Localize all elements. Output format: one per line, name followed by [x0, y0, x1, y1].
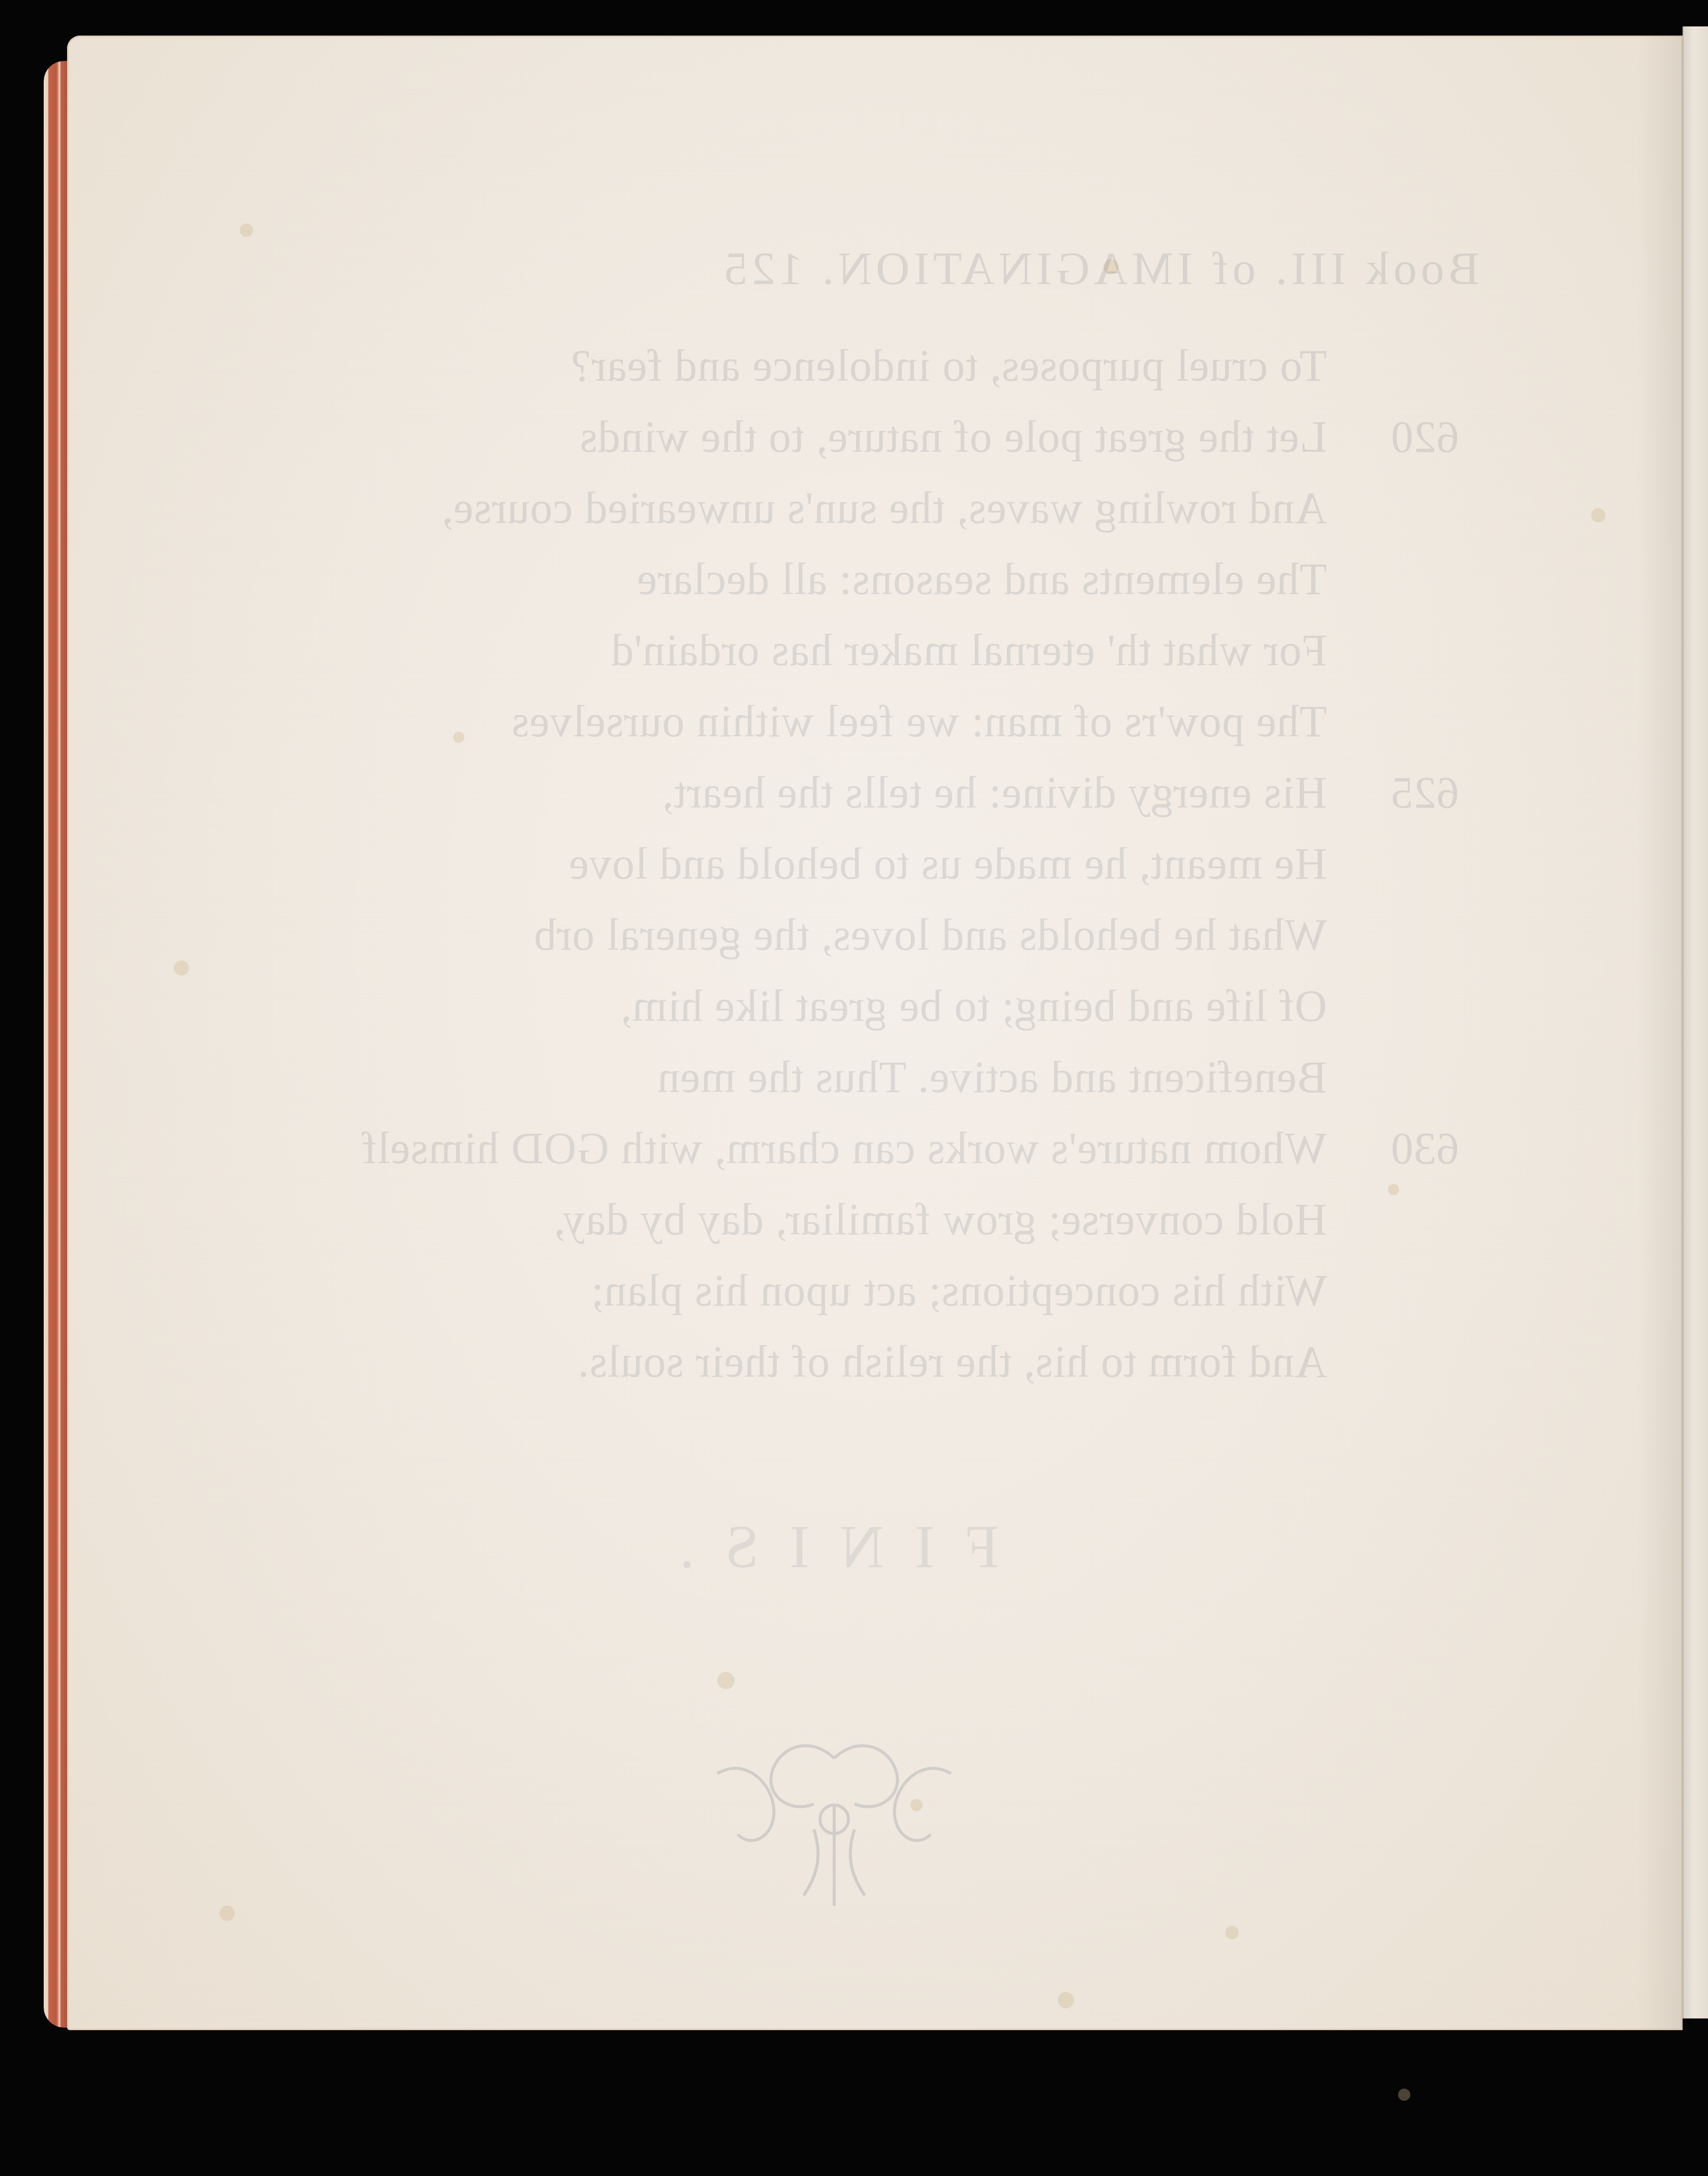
- line-number: 620: [1390, 412, 1459, 463]
- running-header: Book III. of IMAGINATION. 125: [720, 241, 1479, 295]
- verse-line: And rowling waves, the sun's unwearied c…: [441, 483, 1327, 534]
- verse-line: With his conceptions; act upon his plan;: [591, 1265, 1327, 1317]
- book-page: Book III. of IMAGINATION. 125 To cruel p…: [67, 36, 1683, 2030]
- finis-label: FINIS.: [649, 1512, 999, 1582]
- mirrored-showthrough-text: Book III. of IMAGINATION. 125 To cruel p…: [67, 36, 1683, 2030]
- verse-line: Beneficent and active. Thus the men: [657, 1052, 1327, 1103]
- verse-line: For what th' eternal maker has ordain'd: [611, 625, 1327, 676]
- verse-line: Let the great pole of nature, to the win…: [579, 412, 1327, 463]
- adjacent-page-edge: [1683, 26, 1708, 2018]
- line-number: 630: [1390, 1123, 1459, 1174]
- verse-line: And form to his, the relish of their sou…: [578, 1336, 1327, 1388]
- verse-line: Of life and being; to be great like him,: [620, 981, 1327, 1032]
- floral-ornament-icon: [697, 1728, 971, 1921]
- verse-line: His energy divine: he tells the heart,: [661, 767, 1327, 819]
- verse-line: To cruel purposes, to indolence and fear…: [571, 340, 1327, 392]
- verse-line: He meant, he made us to behold and love: [568, 838, 1327, 890]
- verse-line: Hold converse; grow familiar, day by day…: [554, 1194, 1327, 1246]
- line-number: 625: [1390, 767, 1459, 819]
- verse-line: What he beholds and loves, the general o…: [533, 910, 1327, 961]
- verse-line: The pow'rs of man: we feel within oursel…: [511, 696, 1327, 748]
- verse-line: The elements and seasons: all declare: [637, 554, 1327, 605]
- verse-line: Whom nature's works can charm, with GOD …: [361, 1123, 1327, 1174]
